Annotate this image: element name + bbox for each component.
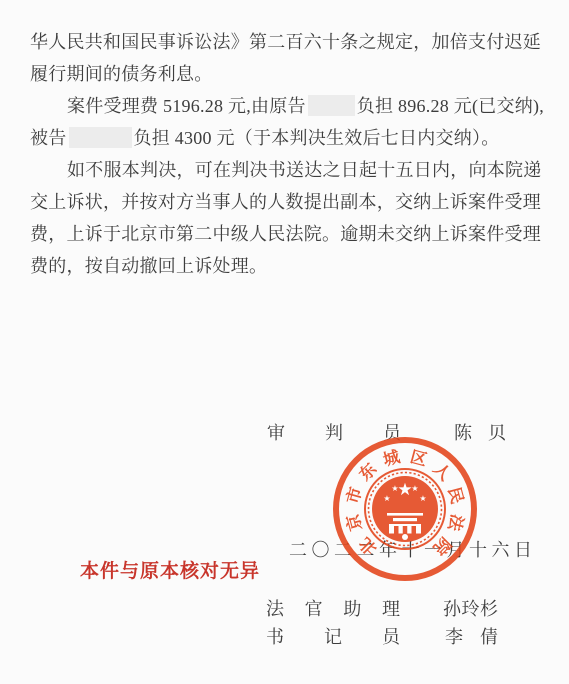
- body-line: 被告负担 4300 元（于本判决生效后七日内交纳）。: [30, 122, 541, 154]
- seal-character: 人: [430, 459, 455, 484]
- judge-row: 审判员陈贝: [267, 419, 506, 445]
- seal-character: 市: [342, 484, 366, 506]
- law-clerk-name: 孙玲杉: [443, 595, 498, 621]
- judgment-date: 二〇二二年十一月十六日: [289, 536, 537, 562]
- body-line: 费，上诉于北京市第二中级人民法院。逾期未交纳上诉案件受理: [30, 218, 541, 250]
- seal-character: 京: [342, 512, 366, 534]
- small-star-icon: ★: [391, 484, 398, 493]
- body-line: 履行期间的债务利息。: [30, 58, 541, 90]
- court-clerk-title-label: 书记员: [266, 623, 400, 649]
- body-line-segment: 被告: [30, 128, 67, 148]
- small-star-icon: ★: [383, 494, 390, 503]
- body-line-segment: 案件受理费 5196.28 元,由原告: [67, 96, 306, 116]
- seal-character: 民: [444, 485, 467, 506]
- body-text: 华人民共和国民事诉讼法》第二百六十条之规定，加倍支付迟延 履行期间的债务利息。 …: [30, 26, 541, 282]
- redaction-box-plaintiff: [308, 95, 355, 116]
- big-star-icon: ★: [397, 480, 412, 500]
- redaction-box-defendant: [69, 127, 132, 148]
- body-line-segment: 负担 4300 元（于本判决生效后七日内交纳）。: [134, 128, 500, 148]
- body-line: 交上诉状，并按对方当事人的人数提出副本，交纳上诉案件受理: [30, 186, 541, 218]
- body-line: 如不服本判决，可在判决书送达之日起十五日内，向本院递: [30, 154, 541, 186]
- judge-name: 陈贝: [454, 419, 506, 445]
- seal-character: 东: [355, 458, 381, 484]
- law-clerk-row: 法官助理孙玲杉: [266, 595, 498, 621]
- body-line: 华人民共和国民事诉讼法》第二百六十条之规定，加倍支付迟延: [30, 26, 541, 58]
- small-star-icon: ★: [419, 494, 426, 503]
- seal-character: 法: [444, 512, 468, 534]
- verification-stamp-text: 本件与原本核对无异: [80, 556, 260, 583]
- court-clerk-row: 书记员李倩: [266, 623, 498, 649]
- law-clerk-title-label: 法官助理: [266, 595, 400, 621]
- body-line: 案件受理费 5196.28 元,由原告负担 896.28 元(已交纳),: [30, 90, 541, 122]
- court-clerk-name: 李倩: [445, 623, 498, 649]
- seal-character: 区: [408, 447, 429, 470]
- body-line: 费的，按自动撤回上诉处理。: [30, 250, 541, 282]
- judgment-document-page: 华人民共和国民事诉讼法》第二百六十条之规定，加倍支付迟延 履行期间的债务利息。 …: [0, 0, 569, 684]
- body-line-segment: 负担 896.28 元(已交纳),: [357, 96, 544, 116]
- seal-character: 城: [381, 447, 402, 470]
- small-star-icon: ★: [411, 484, 418, 493]
- judge-title-label: 审判员: [267, 419, 401, 445]
